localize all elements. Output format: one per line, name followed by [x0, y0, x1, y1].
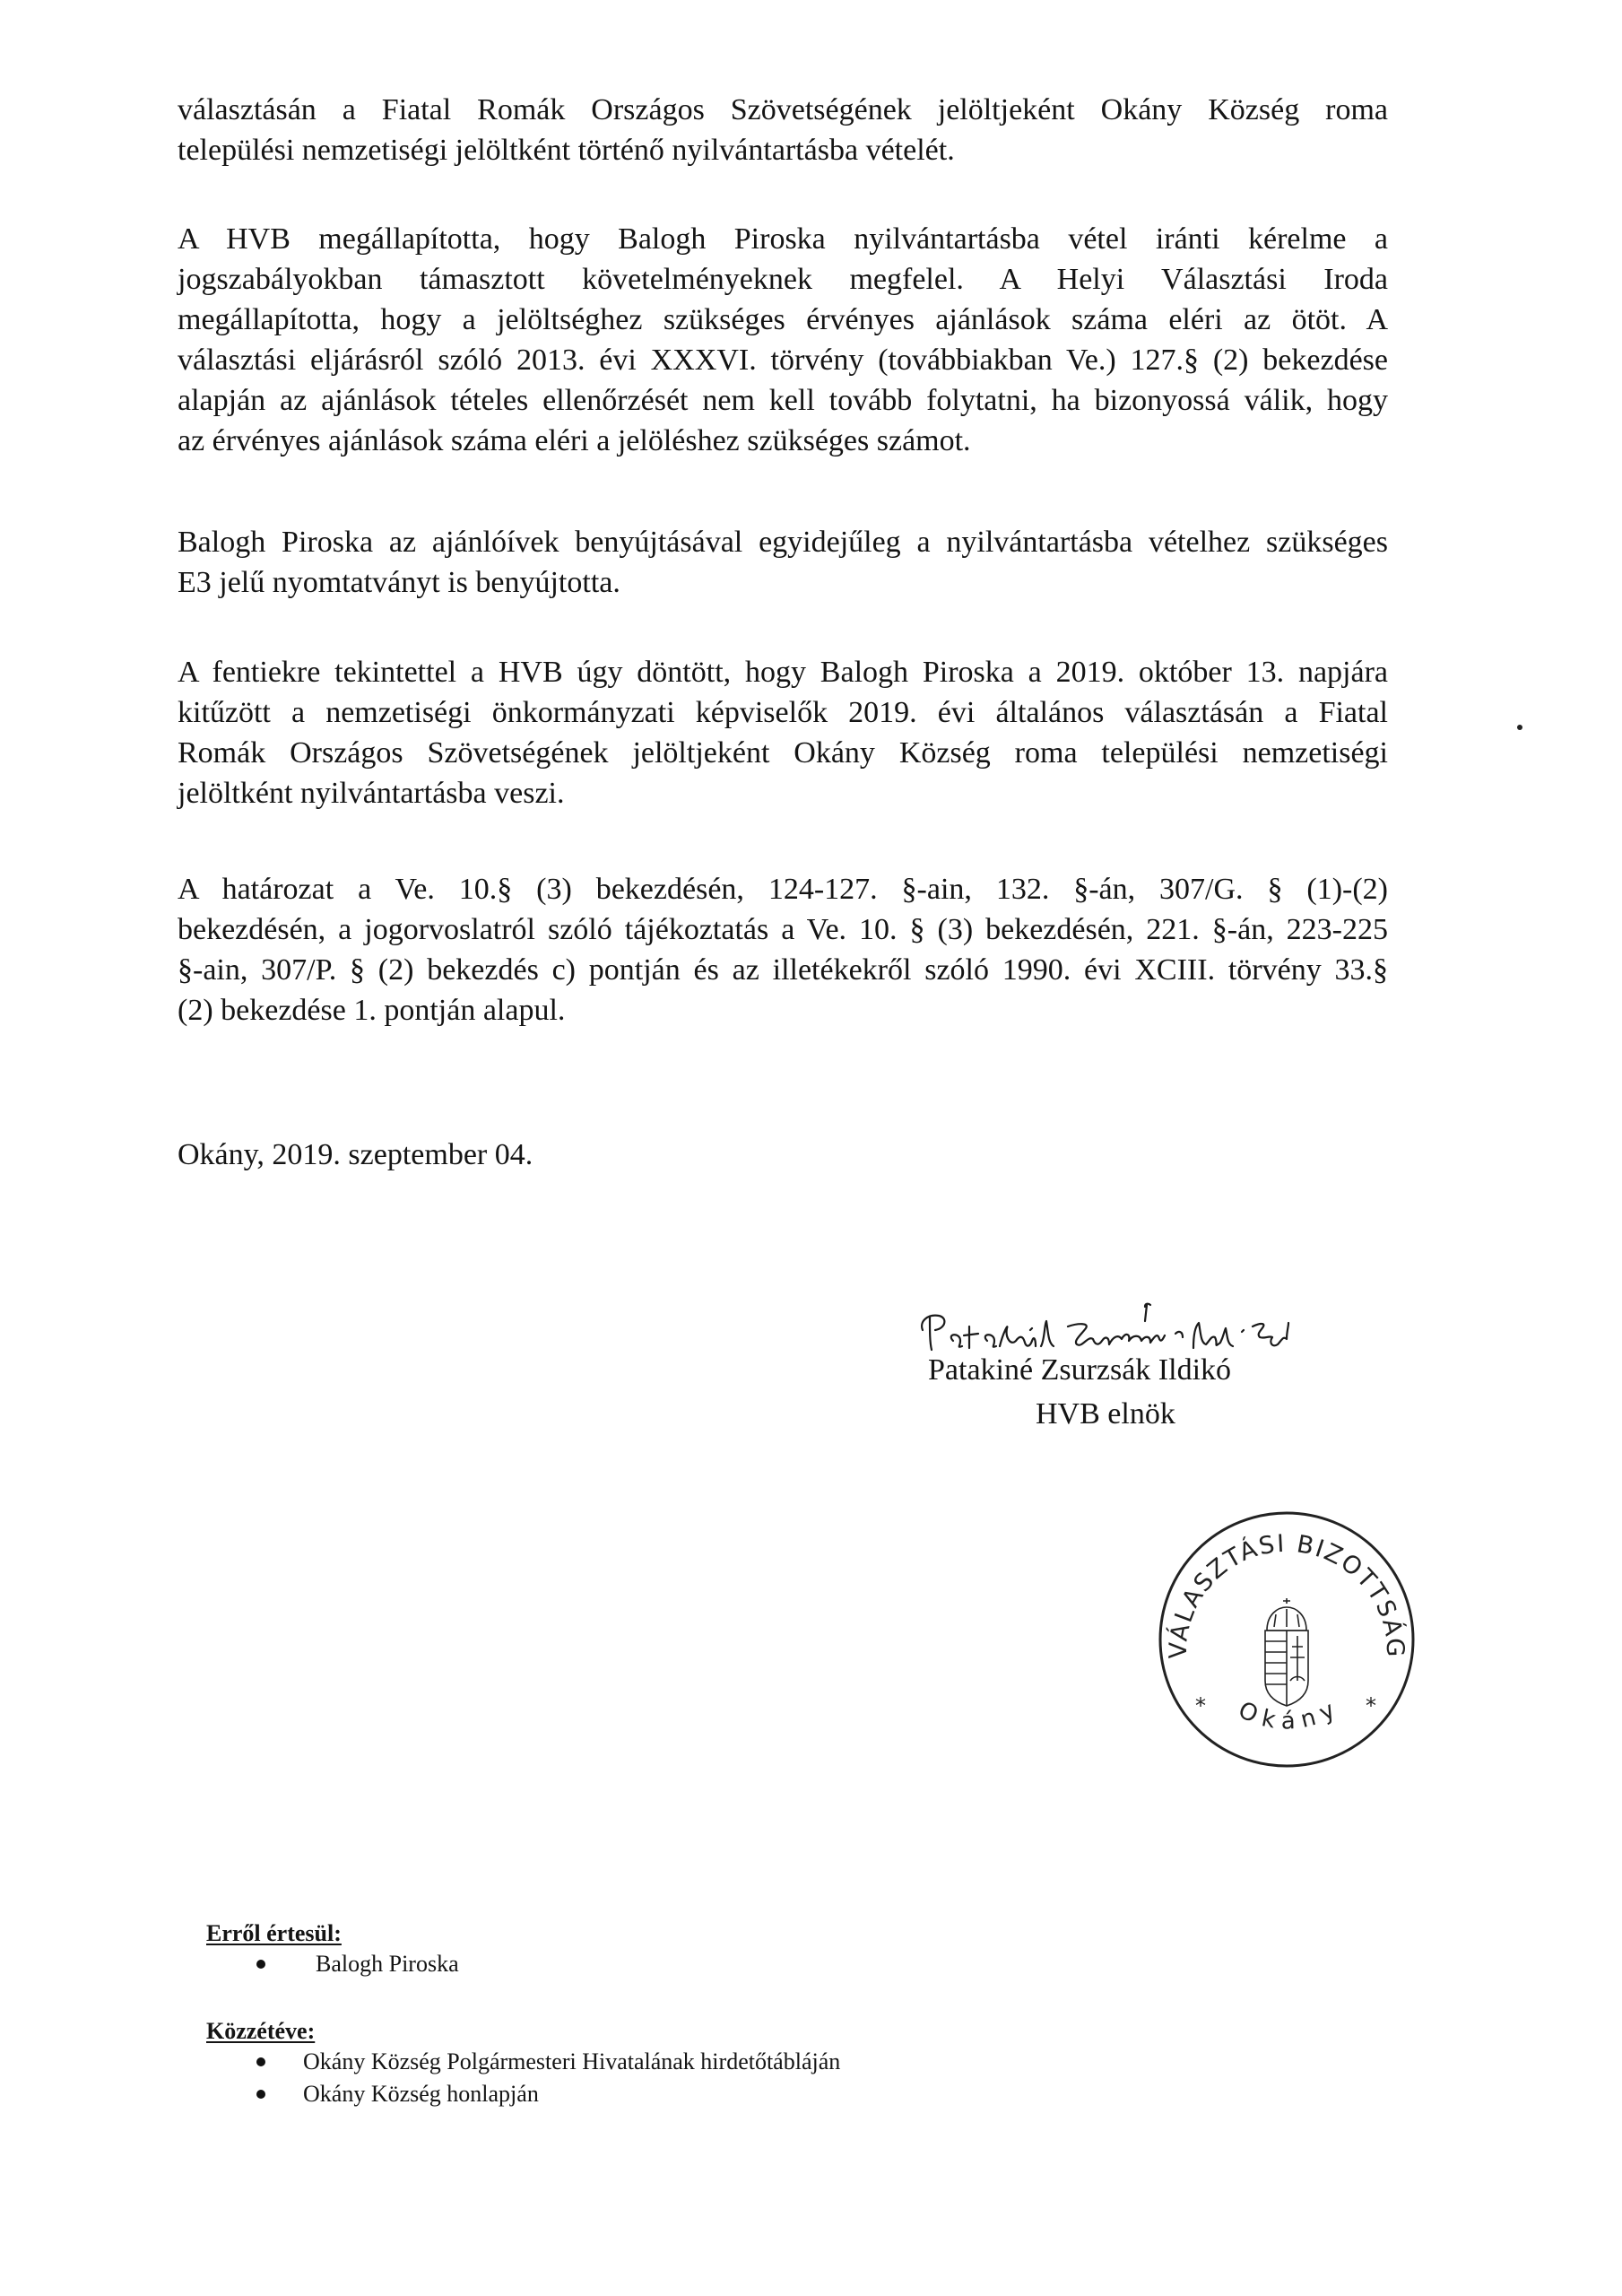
list-item: Balogh Piroska [206, 1948, 342, 1980]
text-line: E3 jelű nyomtatványt is benyújtotta. [178, 562, 1388, 603]
list-item-text: Okány Község Polgármesteri Hivatalának h… [303, 2046, 840, 2078]
text-line: választási eljárásról szóló 2013. évi XX… [178, 340, 1388, 380]
text-line: alapján az ajánlások tételes ellenőrzésé… [178, 380, 1388, 421]
text-line: jogszabályokban támasztott követelmények… [178, 259, 1388, 300]
text-line: kitűzött a nemzetiségi önkormányzati kép… [178, 692, 1388, 733]
text-line: települési nemzetiségi jelöltként történ… [178, 130, 1388, 170]
signatory-title: HVB elnök [1036, 1396, 1175, 1432]
text-line: A határozat a Ve. 10.§ (3) bekezdésén, 1… [178, 869, 1388, 909]
list-item: Okány Község honlapján [206, 2078, 315, 2110]
stamp-star-right: * [1366, 1693, 1376, 1718]
paragraph-5: A határozat a Ve. 10.§ (3) bekezdésén, 1… [178, 869, 1388, 1031]
list-item-text: Okány Község honlapján [303, 2078, 539, 2110]
text-line: Romák Országos Szövetségének jelöltjekén… [178, 733, 1388, 773]
document-page: választásán a Fiatal Romák Országos Szöv… [0, 0, 1622, 2296]
signatory-name: Patakiné Zsurzsák Ildikó [928, 1352, 1231, 1388]
text-line: jelöltként nyilvántartásba veszi. [178, 773, 1388, 813]
text-line: A HVB megállapította, hogy Balogh Pirosk… [178, 219, 1388, 259]
notified-section: Erről értesül: Balogh Piroska [206, 1919, 342, 1980]
official-stamp: VÁLASZTÁSI BIZOTTSÁG O k á n y * * [1152, 1505, 1421, 1774]
bullet-icon [256, 2090, 265, 2099]
coat-of-arms-icon [1265, 1598, 1308, 1706]
text-line: az érvényes ajánlások száma eléri a jelö… [178, 421, 1388, 461]
text-line: (2) bekezdése 1. pontján alapul. [178, 990, 1388, 1031]
bullet-icon [256, 1960, 265, 1969]
paragraph-3: Balogh Piroska az ajánlóívek benyújtásáv… [178, 522, 1388, 603]
list-item: Okány Község Polgármesteri Hivatalának h… [206, 2046, 315, 2078]
stamp-star-left: * [1195, 1693, 1206, 1718]
bullet-icon [256, 2057, 265, 2066]
paragraph-1: választásán a Fiatal Romák Országos Szöv… [178, 90, 1388, 170]
published-section: Közzétéve: Okány Község Polgármesteri Hi… [206, 2017, 315, 2110]
published-heading: Közzétéve: [206, 2017, 315, 2046]
paragraph-2: A HVB megállapította, hogy Balogh Pirosk… [178, 219, 1388, 461]
text-line: bekezdésén, a jogorvoslatról szóló tájék… [178, 909, 1388, 950]
list-item-text: Balogh Piroska [316, 1948, 459, 1980]
text-line: A fentiekre tekintettel a HVB úgy döntöt… [178, 652, 1388, 692]
text-line: megállapította, hogy a jelöltséghez szük… [178, 300, 1388, 340]
date-line: Okány, 2019. szeptember 04. [178, 1137, 533, 1173]
notified-heading: Erről értesül: [206, 1919, 342, 1948]
scan-speck [1517, 725, 1522, 730]
text-line: választásán a Fiatal Romák Országos Szöv… [178, 90, 1388, 130]
paragraph-4: A fentiekre tekintettel a HVB úgy döntöt… [178, 652, 1388, 813]
text-line: Balogh Piroska az ajánlóívek benyújtásáv… [178, 522, 1388, 562]
text-line: §-ain, 307/P. § (2) bekezdés c) pontján … [178, 950, 1388, 990]
